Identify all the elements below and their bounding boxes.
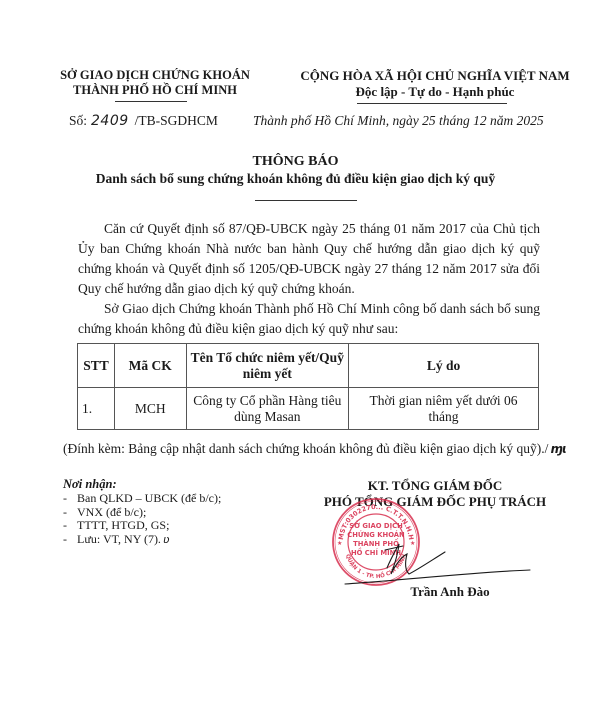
org-name-line2: THÀNH PHỐ HỒ CHÍ MINH: [15, 83, 295, 98]
recipient-item: Lưu: VT, NY (7).ʋ: [63, 533, 221, 547]
svg-text:SỞ GIAO DỊCH: SỞ GIAO DỊCH: [349, 520, 403, 530]
recipient-text: VNX (để b/c);: [77, 505, 146, 519]
header-stt: STT: [78, 344, 115, 388]
motto-underline: [357, 103, 507, 104]
place-and-date: Thành phố Hồ Chí Minh, ngày 25 tháng 12 …: [253, 113, 544, 129]
recipient-item: TTTT, HTGD, GS;: [63, 519, 221, 533]
recipient-text: Ban QLKD – UBCK (để b/c);: [77, 491, 221, 505]
recipient-item: VNX (để b/c);: [63, 506, 221, 520]
subtitle-underline: [255, 200, 357, 201]
attachment-note: (Đính kèm: Bảng cập nhật danh sách chứng…: [63, 441, 566, 457]
attachment-text: (Đính kèm: Bảng cập nhật danh sách chứng…: [63, 441, 548, 456]
recipient-text: Lưu: VT, NY (7).: [77, 532, 161, 546]
header-reason: Lý do: [349, 344, 539, 388]
org-underline: [115, 101, 187, 102]
header-ticker: Mã CK: [114, 344, 186, 388]
recipient-item: Ban QLKD – UBCK (để b/c);: [63, 492, 221, 506]
signer-authority: KT. TỔNG GIÁM ĐỐC: [290, 478, 580, 494]
cell-ticker: MCH: [114, 388, 186, 430]
doc-number-handwritten: 2409: [91, 113, 129, 129]
document-subtitle: Danh sách bổ sung chứng khoán không đủ đ…: [0, 170, 591, 187]
body-paragraph-legal-basis: Căn cứ Quyết định số 87/QĐ-UBCK ngày 25 …: [78, 219, 540, 299]
svg-text:CHỨNG KHOÁN: CHỨNG KHOÁN: [347, 530, 405, 539]
paragraph-2-text: Sở Giao dịch Chứng khoán Thành phố Hồ Ch…: [78, 301, 540, 336]
handwritten-initials: ɱɩ: [550, 442, 566, 456]
national-motto: Độc lập - Tự do - Hạnh phúc: [290, 84, 580, 100]
document-number: Số:2409/TB-SGDHCM: [69, 113, 218, 129]
recipients-title: Nơi nhận:: [63, 477, 117, 492]
securities-table: STT Mã CK Tên Tổ chức niêm yết/Quỹ niêm …: [77, 343, 539, 430]
recipients-list: Ban QLKD – UBCK (để b/c); VNX (để b/c); …: [63, 492, 221, 546]
document-title: THÔNG BÁO: [0, 153, 591, 170]
table-header-row: STT Mã CK Tên Tổ chức niêm yết/Quỹ niêm …: [78, 344, 539, 388]
handwritten-tick: ʋ: [163, 533, 170, 546]
doc-number-label: Số:: [69, 113, 87, 128]
national-header: CỘNG HÒA XÃ HỘI CHỦ NGHĨA VIỆT NAM Độc l…: [290, 68, 580, 100]
cell-reason: Thời gian niêm yết dưới 06 tháng: [349, 388, 539, 430]
table-row: 1. MCH Công ty Cổ phần Hàng tiêu dùng Ma…: [78, 388, 539, 430]
country-name: CỘNG HÒA XÃ HỘI CHỦ NGHĨA VIỆT NAM: [290, 68, 580, 84]
header-organization: Tên Tổ chức niêm yết/Quỹ niêm yết: [186, 344, 349, 388]
issuing-organization: SỞ GIAO DỊCH CHỨNG KHOÁN THÀNH PHỐ HỒ CH…: [15, 68, 295, 98]
signer-name: Trần Anh Đào: [370, 584, 530, 600]
doc-number-suffix: /TB-SGDHCM: [135, 113, 218, 128]
recipient-text: TTTT, HTGD, GS;: [77, 518, 169, 532]
cell-stt: 1.: [78, 388, 115, 430]
body-paragraph-announcement: Sở Giao dịch Chứng khoán Thành phố Hồ Ch…: [78, 299, 540, 339]
cell-organization: Công ty Cổ phần Hàng tiêu dùng Masan: [186, 388, 349, 430]
org-name-line1: SỞ GIAO DỊCH CHỨNG KHOÁN: [15, 68, 295, 83]
paragraph-1-text: Căn cứ Quyết định số 87/QĐ-UBCK ngày 25 …: [78, 221, 540, 296]
